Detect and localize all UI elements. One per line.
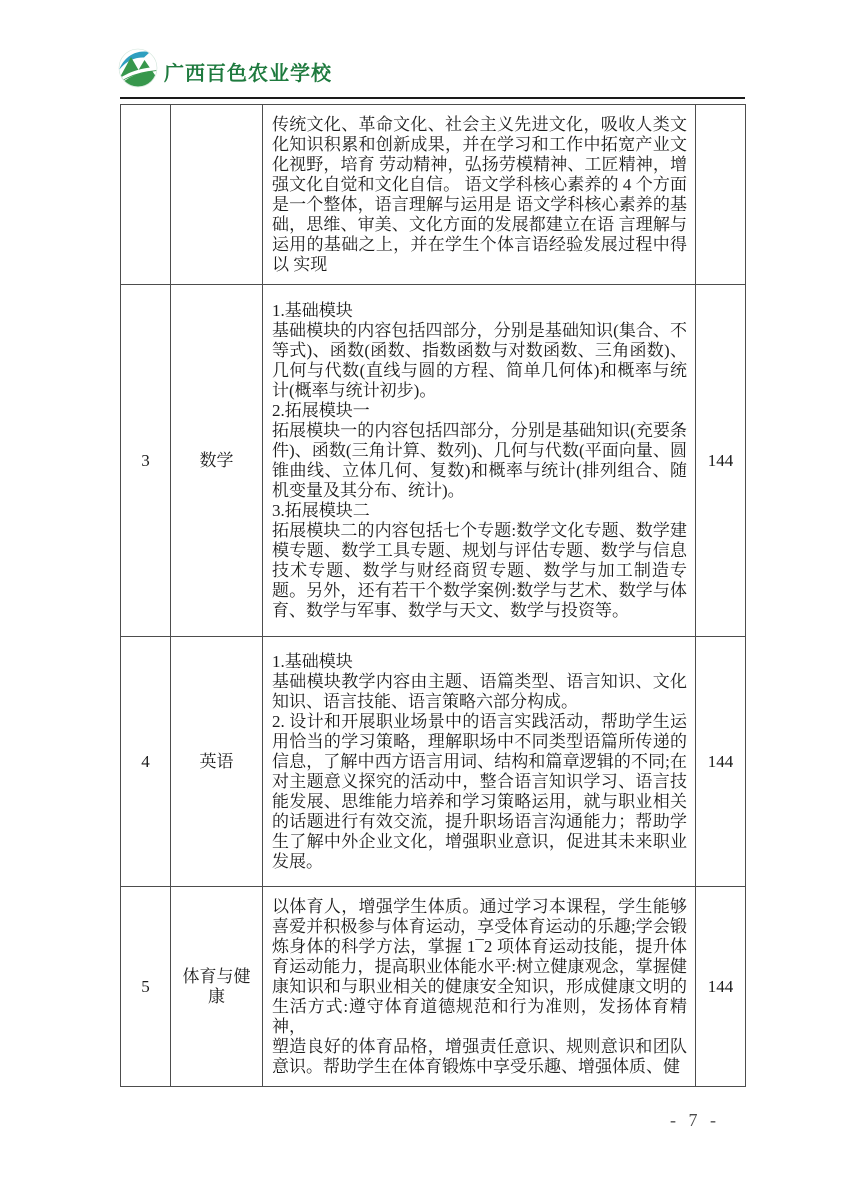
row-number-cell: 4 [121, 637, 171, 887]
subject-cell: 英语 [171, 637, 263, 887]
row-number-cell: 5 [121, 887, 171, 1087]
hours-cell: 144 [696, 637, 746, 887]
school-name: 广西百色农业学校 [164, 57, 332, 88]
table-row-pe-health: 5 体育与健康 以体育人，增强学生体质。通过学习本课程，学生能够喜爱并积极参与体… [121, 887, 746, 1087]
content-cell: 1.基础模块 基础模块的内容包括四部分，分别是基础知识(集合、不等式)、函数(函… [263, 285, 696, 637]
hours-cell [696, 105, 746, 285]
subject-cell: 数学 [171, 285, 263, 637]
row-number-cell: 3 [121, 285, 171, 637]
subject-cell [171, 105, 263, 285]
hours-cell: 144 [696, 887, 746, 1087]
curriculum-table: 传统文化、革命文化、社会主义先进文化，吸收人类文 化知识积累和创新成果，并在学习… [120, 104, 746, 1087]
table-row-continuation: 传统文化、革命文化、社会主义先进文化，吸收人类文 化知识积累和创新成果，并在学习… [121, 105, 746, 285]
hours-cell: 144 [696, 285, 746, 637]
header-divider [120, 97, 745, 99]
subject-cell: 体育与健康 [171, 887, 263, 1087]
table-row-math: 3 数学 1.基础模块 基础模块的内容包括四部分，分别是基础知识(集合、不等式)… [121, 285, 746, 637]
content-cell: 以体育人，增强学生体质。通过学习本课程，学生能够喜爱并积极参与体育运动，享受体育… [263, 887, 696, 1087]
document-page: 广西百色农业学校 传统文化、革命文化、社会主义先进文化，吸收人类文 化知识积累和… [0, 0, 850, 1202]
content-cell: 传统文化、革命文化、社会主义先进文化，吸收人类文 化知识积累和创新成果，并在学习… [263, 105, 696, 285]
page-header: 广西百色农业学校 [118, 48, 745, 88]
page-number: - 7 - [640, 1110, 750, 1131]
row-number-cell [121, 105, 171, 285]
content-cell: 1.基础模块 基础模块教学内容由主题、语篇类型、语言知识、文化知识、语言技能、语… [263, 637, 696, 887]
school-logo-icon [118, 48, 158, 88]
table-row-english: 4 英语 1.基础模块 基础模块教学内容由主题、语篇类型、语言知识、文化知识、语… [121, 637, 746, 887]
